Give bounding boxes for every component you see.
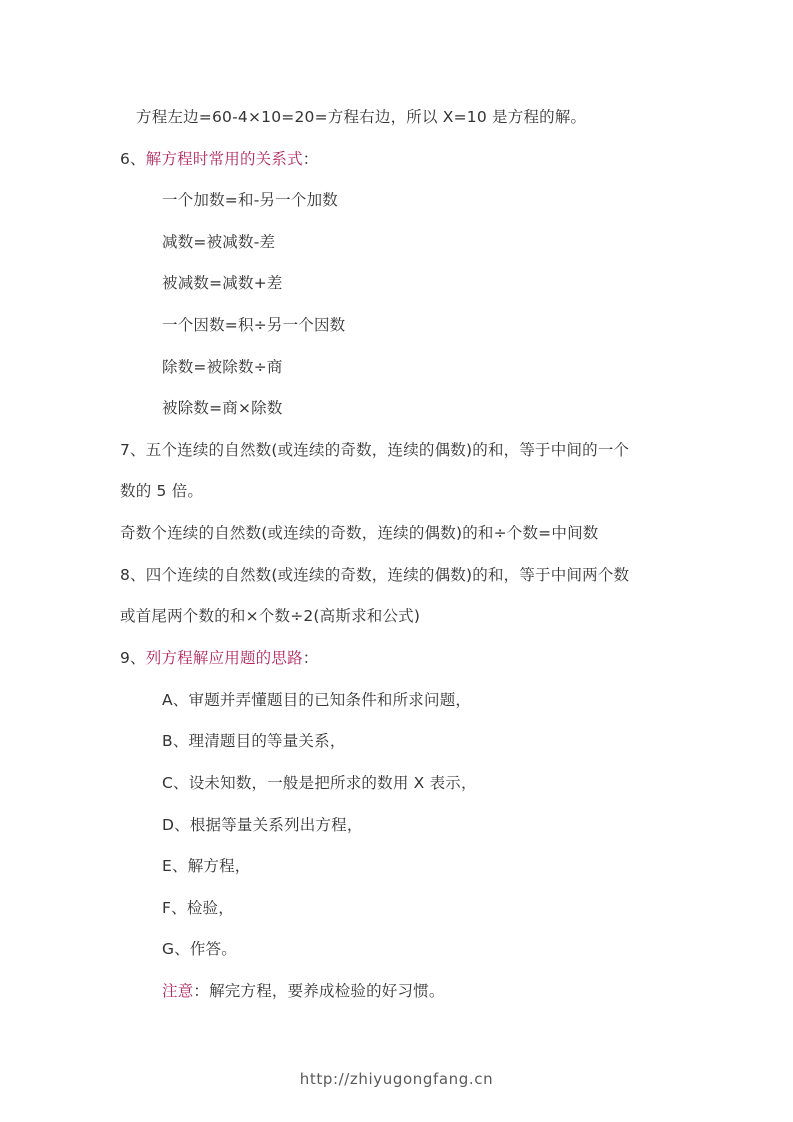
- formula-subtrahend: 减数=被减数-差: [162, 232, 275, 252]
- step-g: G、作答。: [162, 939, 237, 959]
- equation-conclusion: 方程左边=60-4×10=20=方程右边，所以 X=10 是方程的解。: [136, 107, 586, 127]
- step-e: E、解方程，: [162, 856, 251, 876]
- section-9-heading: 9、列方程解应用题的思路：: [120, 648, 318, 668]
- section-number: 6、: [120, 150, 146, 168]
- section-number: 9、: [120, 649, 146, 667]
- section-title-highlight: 列方程解应用题的思路: [146, 649, 303, 667]
- step-a: A、审题并弄懂题目的已知条件和所求问题，: [162, 690, 471, 710]
- footer-url: http://zhiyugongfang.cn: [0, 1070, 793, 1088]
- section-8-line-1: 8、四个连续的自然数(或连续的奇数，连续的偶数)的和，等于中间两个数: [120, 565, 629, 585]
- formula-dividend: 被除数=商×除数: [162, 398, 283, 418]
- colon: ：: [303, 649, 319, 667]
- step-d: D、根据等量关系列出方程，: [162, 815, 363, 835]
- formula-factor: 一个因数=积÷另一个因数: [162, 315, 345, 335]
- step-f: F、检验，: [162, 898, 234, 918]
- note: 注意：解完方程，要养成检验的好习惯。: [162, 981, 445, 1001]
- step-b: B、理清题目的等量关系，: [162, 731, 346, 751]
- section-7-line-2: 数的 5 倍。: [120, 481, 203, 501]
- colon: ：: [303, 150, 319, 168]
- section-7-line-1: 7、五个连续的自然数(或连续的奇数，连续的偶数)的和，等于中间的一个: [120, 440, 629, 460]
- formula-divisor: 除数=被除数÷商: [162, 357, 283, 377]
- section-8-line-2: 或首尾两个数的和×个数÷2(高斯求和公式): [120, 606, 420, 626]
- note-label: 注意: [162, 982, 193, 1000]
- step-c: C、设未知数，一般是把所求的数用 X 表示，: [162, 773, 477, 793]
- section-7-line-3: 奇数个连续的自然数(或连续的奇数，连续的偶数)的和÷个数=中间数: [120, 523, 598, 543]
- section-6-heading: 6、解方程时常用的关系式：: [120, 149, 318, 169]
- note-text: ：解完方程，要养成检验的好习惯。: [193, 982, 444, 1000]
- formula-minuend: 被减数=减数+差: [162, 273, 283, 293]
- section-title-highlight: 解方程时常用的关系式: [146, 150, 303, 168]
- formula-addend: 一个加数=和-另一个加数: [162, 190, 338, 210]
